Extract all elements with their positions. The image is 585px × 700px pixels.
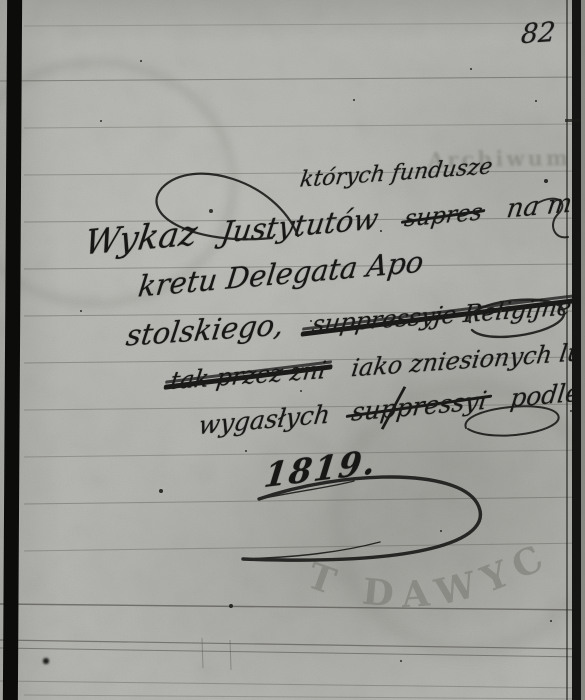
scanned-manuscript-page: Archiwum G T DAWYC 82 bbox=[0, 0, 585, 700]
grain-overlay bbox=[0, 0, 585, 700]
